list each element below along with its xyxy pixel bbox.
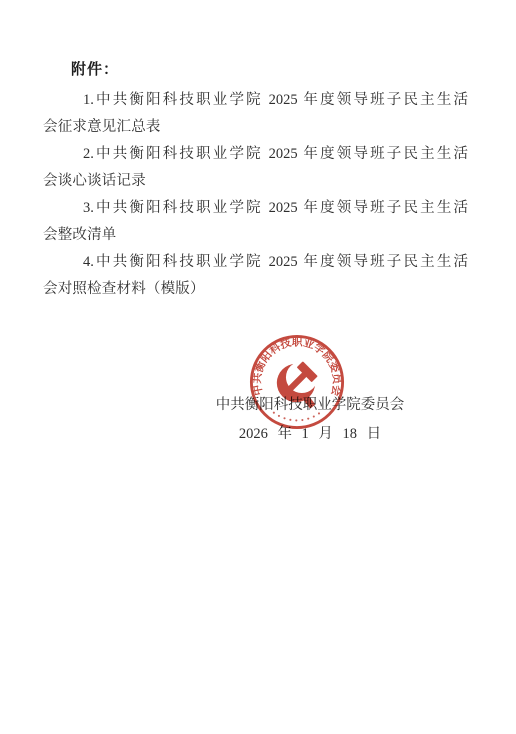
official-seal: 中共衡阳科技职业学院委员会 xyxy=(249,334,345,430)
attachments-label: 附件： xyxy=(43,56,468,83)
attachment-item-2-line-1: 2.中共衡阳科技职业学院 2025 年度领导班子民主生活 xyxy=(43,141,468,168)
attachment-item-4-line-1: 4.中共衡阳科技职业学院 2025 年度领导班子民主生活 xyxy=(43,249,468,276)
document-page: 附件： 1.中共衡阳科技职业学院 2025 年度领导班子民主生活 会征求意见汇总… xyxy=(0,0,516,734)
seal-serial-marks xyxy=(273,412,320,422)
attachment-item-3-line-1: 3.中共衡阳科技职业学院 2025 年度领导班子民主生活 xyxy=(43,195,468,222)
attachment-item-1-line-2: 会征求意见汇总表 xyxy=(43,114,468,141)
seal-graphic: 中共衡阳科技职业学院委员会 xyxy=(249,334,345,430)
attachment-item-4-line-2: 会对照检查材料（模版） xyxy=(43,276,468,303)
attachment-item-1-line-1: 1.中共衡阳科技职业学院 2025 年度领导班子民主生活 xyxy=(43,87,468,114)
hammer-sickle-icon xyxy=(277,361,318,408)
attachment-item-2-line-2: 会谈心谈话记录 xyxy=(43,168,468,195)
attachment-item-3-line-2: 会整改清单 xyxy=(43,222,468,249)
attachment-list: 附件： 1.中共衡阳科技职业学院 2025 年度领导班子民主生活 会征求意见汇总… xyxy=(43,56,468,303)
